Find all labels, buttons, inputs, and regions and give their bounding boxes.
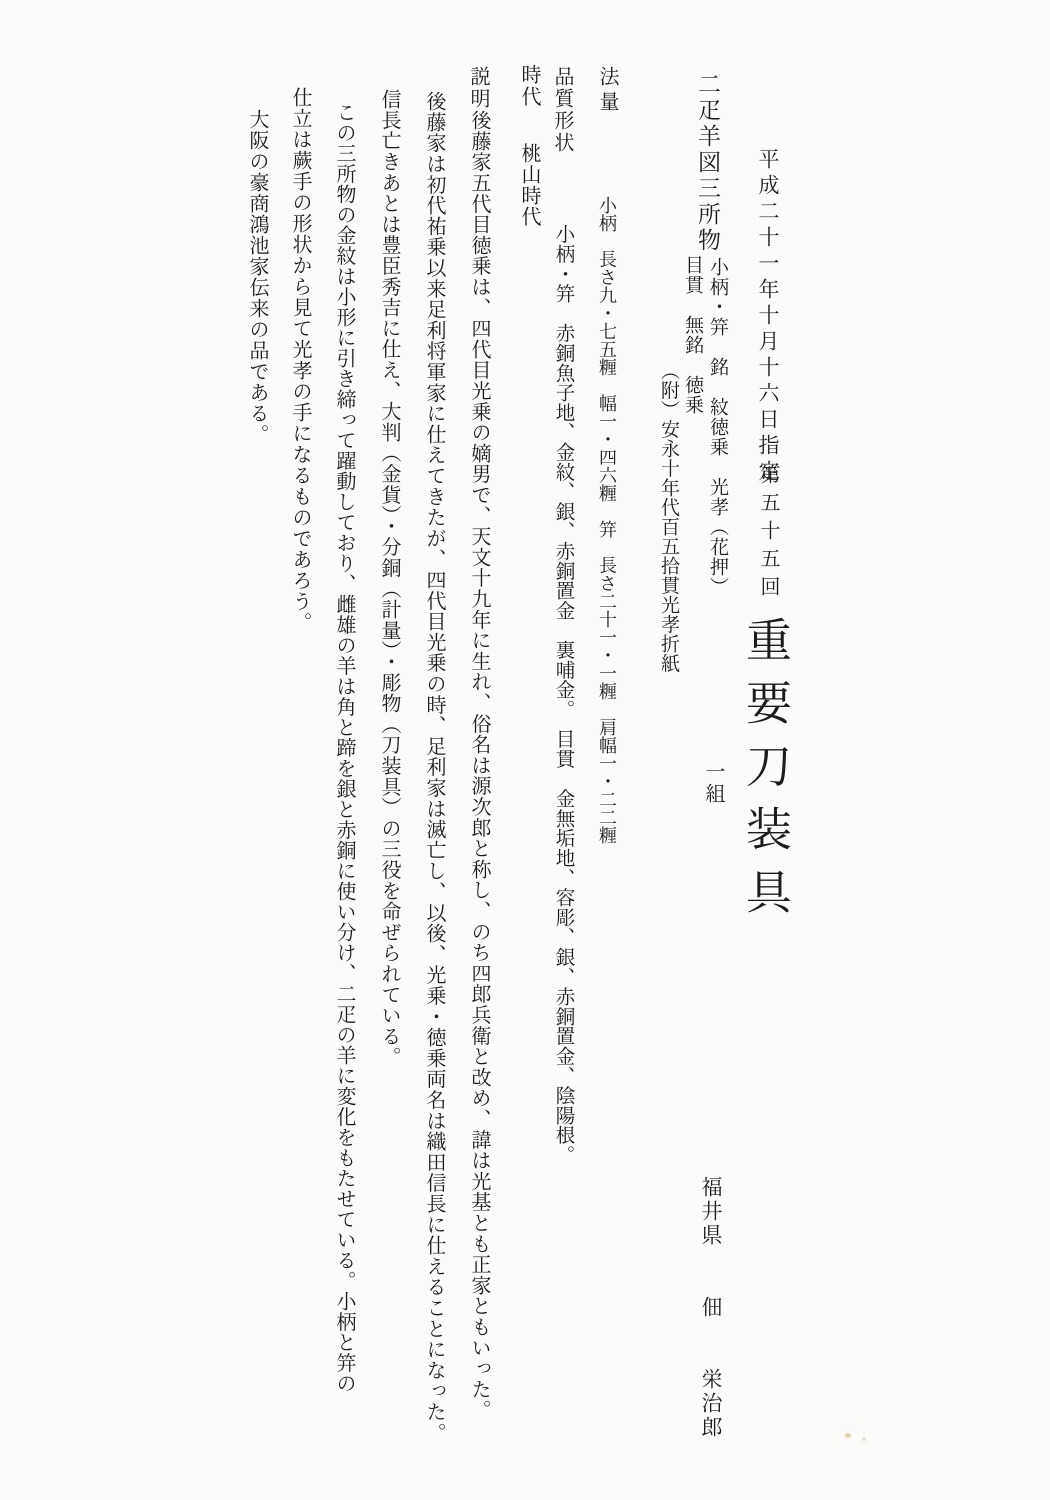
era-text: 桃山時代 xyxy=(519,143,539,227)
measurements-label: 法量 xyxy=(597,66,617,116)
attachment-note: （附）安永十年代百五拾貫光孝折紙 xyxy=(659,361,678,673)
item-signature-menuki: 目貫 無銘 徳乗 xyxy=(683,255,702,415)
item-name: 二疋羊図三所物 xyxy=(696,72,719,254)
era-label: 時代 xyxy=(519,64,539,108)
session-number: 第五十五回 xyxy=(758,464,778,604)
document-page: 平成二十一年十月十六日指定 第五十五回 重要刀装具 一組 二疋羊図三所物 小柄・… xyxy=(0,0,1050,1500)
description-column-2: 後藤家は初代祐乗以来足利将軍家に仕えてきたが、四代目光乗の時、足利家は滅亡し、以… xyxy=(424,91,444,1443)
quantity-label: 一組 xyxy=(703,761,723,805)
description-column-6: 大阪の豪商鴻池家伝来の品である。 xyxy=(247,109,267,445)
description-column-5: 仕立は蕨手の形状から見て光孝の手になるものであろう。 xyxy=(290,87,310,633)
scan-speck xyxy=(845,1433,851,1438)
quality-shape-text: 小柄・笄 赤銅魚子地、金紋、銀、赤銅置金 裏哺金。 目貫 金無垢地、容彫、銀、赤… xyxy=(553,224,573,1165)
owner-name: 福井県 佃 栄治郎 xyxy=(700,1176,721,1440)
designation-date: 平成二十一年十月十六日指定 xyxy=(757,148,778,486)
description-label: 説明 xyxy=(468,66,488,110)
quality-shape-label: 品質形状 xyxy=(552,66,572,154)
document-title: 重要刀装具 xyxy=(742,616,788,931)
measurements-text: 小柄 長さ九・七五糎 幅一・四六糎 笄 長さ二十一・一糎 肩幅一・二二糎 xyxy=(598,196,616,844)
description-column-3: 信長亡きあとは豊臣秀吉に仕え、大判（金貨）・分銅（計量）・彫物（刀装具）の三役を… xyxy=(379,89,399,1067)
scan-speck xyxy=(862,1437,866,1441)
description-column-4: この三所物の金紋は小形に引き締って躍動しており、雌雄の羊は角と蹄を銀と赤銅に使い… xyxy=(334,102,354,1394)
description-column-1: 後藤家五代目徳乗は、四代目光乗の嫡男で、天文十九年に生れ、俗名は源次郎と称し、の… xyxy=(469,110,489,1420)
item-signature-kozuka-kogai: 小柄・笄 銘 紋徳乗 光孝（花押） xyxy=(708,257,727,597)
